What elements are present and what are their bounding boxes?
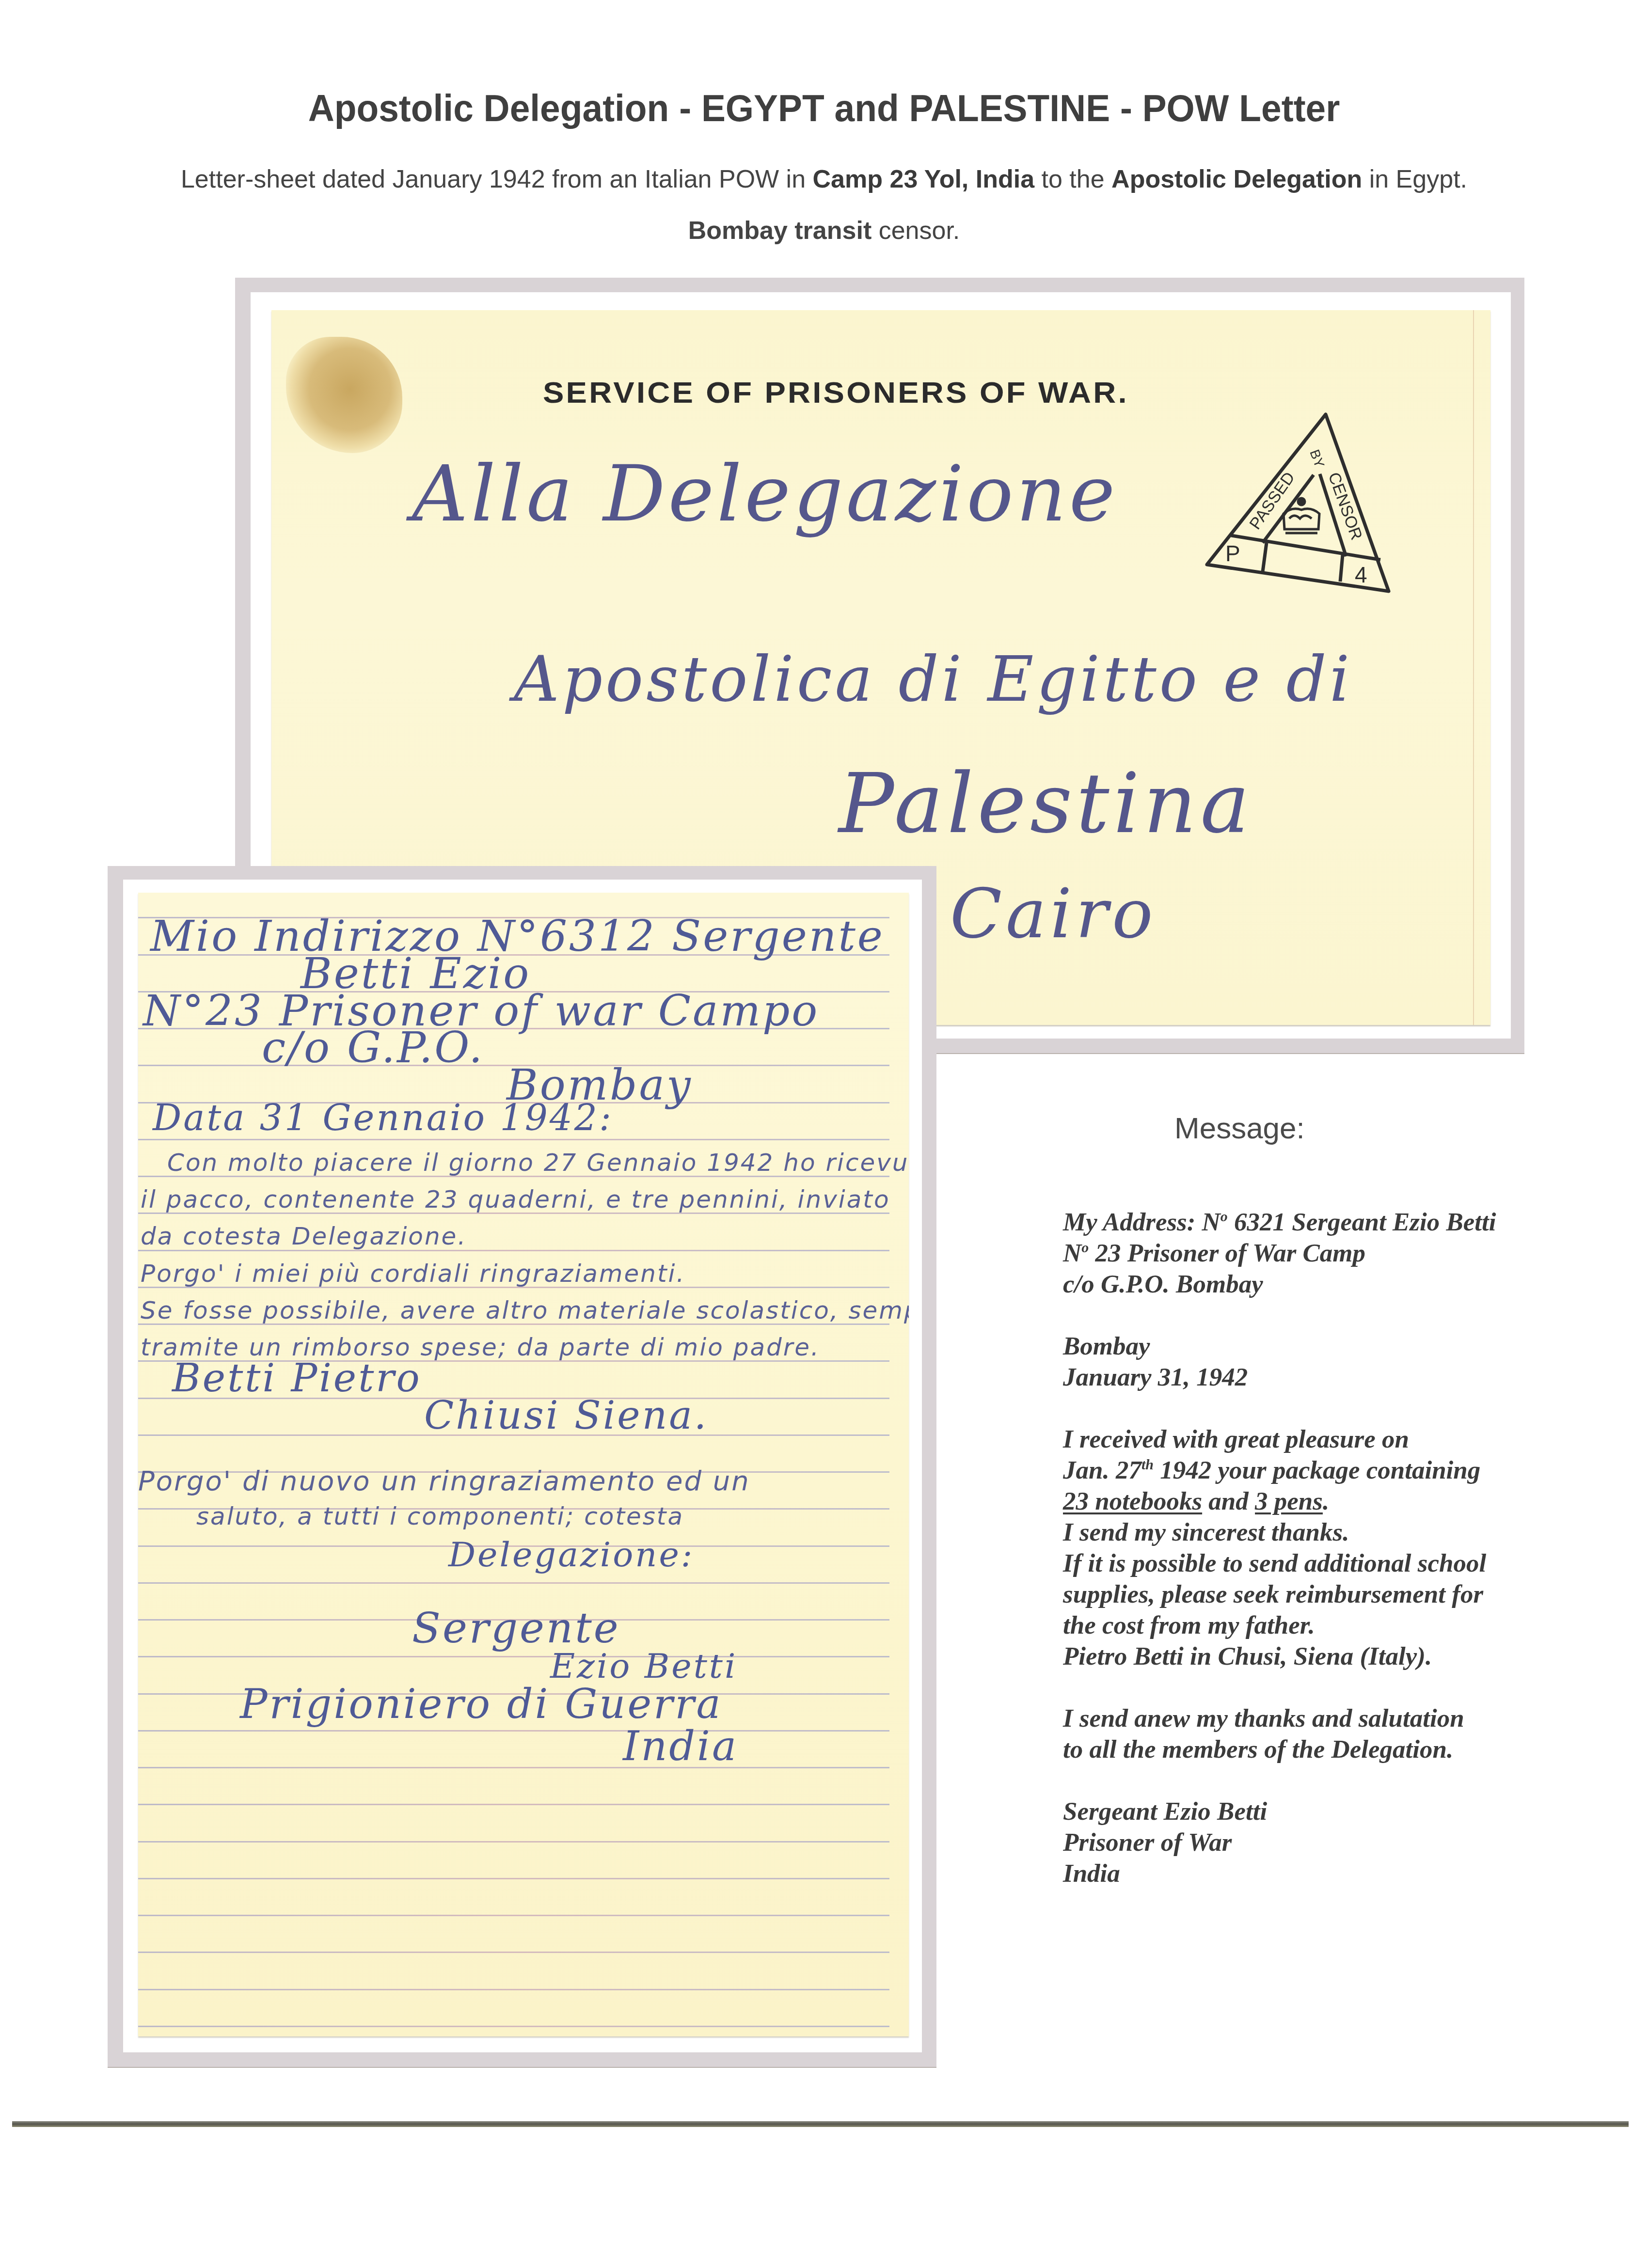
translation-line: Jan. 27th 1942 your package containing	[1063, 1455, 1596, 1486]
translation-line: No 23 Prisoner of War Camp	[1063, 1238, 1596, 1269]
page-subtitle-censor: Bombay transit censor.	[0, 216, 1648, 245]
translation-line: the cost from my father.	[1063, 1610, 1596, 1641]
address-line-2: Apostolica di Egitto e di	[514, 642, 1352, 716]
letter-sheet-image: Mio Indirizzo N°6312 Sergente Betti Ezio…	[138, 893, 909, 2036]
ruled-line	[138, 1878, 889, 1879]
translation-line: supplies, please seek reimbursement for	[1063, 1579, 1596, 1610]
ruled-line	[138, 1841, 889, 1843]
translation-line: 23 notebooks and 3 pens.	[1063, 1486, 1596, 1517]
letter-line: Chiusi Siena.	[424, 1393, 708, 1438]
translation-line: I received with great pleasure on	[1063, 1424, 1596, 1455]
letter-line: Delegazione:	[448, 1535, 694, 1575]
censor-box-right: 4	[1355, 562, 1367, 587]
underlined-pens: 3 pens	[1255, 1487, 1323, 1515]
translation-line: c/o G.P.O. Bombay	[1063, 1269, 1596, 1300]
translation-line: Pietro Betti in Chusi, Siena (Italy).	[1063, 1641, 1596, 1672]
ruled-line	[138, 1139, 889, 1140]
letter-line: Data 31 Gennaio 1942:	[153, 1097, 613, 1139]
censor-label-rest: censor.	[872, 217, 960, 245]
crown-icon	[1284, 498, 1319, 533]
letter-line: Betti Pietro	[172, 1355, 422, 1401]
signature-line: India	[1063, 1858, 1596, 1889]
letter-line: Porgo' di nuovo un ringraziamento ed un	[138, 1465, 750, 1497]
letter-line: il pacco, contenente 23 quaderni, e tre …	[141, 1185, 890, 1213]
letter-line: Se fosse possibile, avere altro material…	[141, 1296, 909, 1324]
subtitle-text: in Egypt.	[1362, 165, 1467, 193]
letter-line: saluto, a tutti i componenti; cotesta	[196, 1502, 684, 1530]
ruled-line	[138, 1804, 889, 1805]
underlined-notebooks: 23 notebooks	[1063, 1487, 1202, 1515]
envelope-printed-header: SERVICE OF PRISONERS OF WAR.	[543, 376, 1129, 410]
letter-line: Prigioniero di Guerra	[240, 1680, 723, 1728]
ruled-line	[138, 1952, 889, 1953]
translation-line: I send anew my thanks and salutation	[1063, 1703, 1596, 1734]
ruled-line	[138, 1656, 889, 1657]
ruled-line	[138, 1730, 889, 1732]
translation-date: January 31, 1942	[1063, 1362, 1596, 1393]
subtitle-delegation: Apostolic Delegation	[1111, 165, 1362, 193]
censor-passed: PASSED	[1246, 469, 1299, 533]
page-bottom-divider	[12, 2121, 1629, 2127]
censor-triangle-icon: PASSED BY CENSOR P 4	[1197, 402, 1391, 596]
subtitle-text: to the	[1034, 165, 1111, 193]
translation-line: I send my sincerest thanks.	[1063, 1517, 1596, 1548]
translation-line: to all the members of the Delegation.	[1063, 1734, 1596, 1765]
stain-mark	[286, 337, 402, 453]
translation-line: My Address: No 6321 Sergeant Ezio Betti	[1063, 1207, 1596, 1238]
translation-text: My Address: No 6321 Sergeant Ezio Betti …	[1063, 1207, 1596, 1889]
translation-line: If it is possible to send additional sch…	[1063, 1548, 1596, 1579]
censor-label-bold: Bombay transit	[688, 217, 872, 245]
letter-line: Porgo' i miei più cordiali ringraziament…	[141, 1260, 685, 1288]
letter-line: da cotesta Delegazione.	[141, 1222, 467, 1250]
address-line-3: Palestina	[839, 756, 1253, 852]
ruled-line	[138, 1989, 889, 1990]
subtitle-text: Letter-sheet dated January 1942 from an …	[181, 165, 813, 193]
subtitle-camp: Camp 23 Yol, India	[813, 165, 1035, 193]
ruled-line	[138, 1915, 889, 1916]
letter-line: Con molto piacere il giorno 27 Gennaio 1…	[167, 1149, 909, 1177]
translation-place: Bombay	[1063, 1331, 1596, 1362]
signature-line: Sergeant Ezio Betti	[1063, 1796, 1596, 1827]
ruled-line	[138, 1582, 889, 1584]
censor-box-left: P	[1225, 541, 1240, 566]
address-line-4: Cairo	[950, 875, 1157, 954]
signature-line: Prisoner of War	[1063, 1827, 1596, 1858]
address-line-1: Alla Delegazione	[412, 448, 1118, 539]
page-subtitle: Letter-sheet dated January 1942 from an …	[0, 165, 1648, 194]
ruled-line	[138, 2026, 889, 2027]
letter-line: Sergente	[412, 1604, 620, 1653]
censor-by: BY	[1307, 447, 1327, 470]
page-title: Apostolic Delegation - EGYPT and PALESTI…	[33, 86, 1615, 130]
letter-line: India	[623, 1722, 738, 1770]
fold-line	[1473, 310, 1474, 1025]
message-label: Message:	[1174, 1111, 1305, 1146]
ruled-line	[138, 1767, 889, 1768]
letter-line: c/o G.P.O.	[262, 1023, 484, 1072]
